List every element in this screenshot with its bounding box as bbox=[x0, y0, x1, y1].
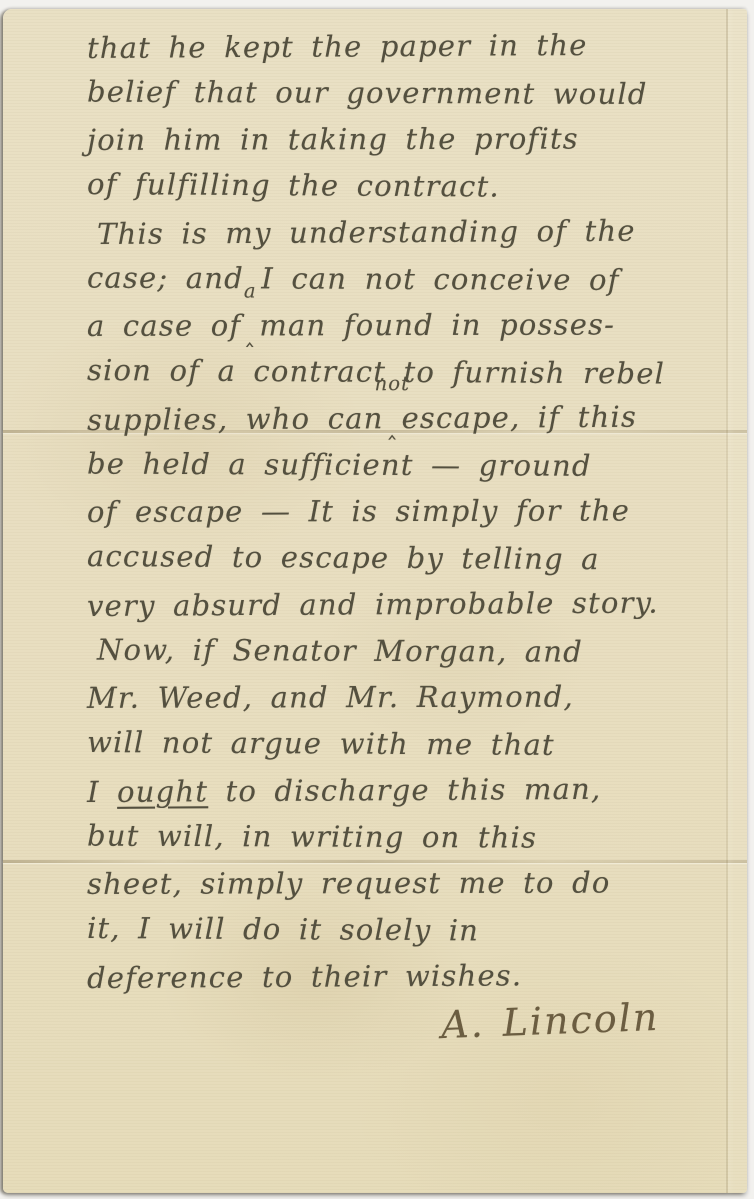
handwritten-line: but will, in writing on this bbox=[87, 812, 747, 861]
line-text: be held a sufficient — ground bbox=[87, 446, 592, 482]
line-text: sheet, simply request me to do bbox=[87, 865, 611, 900]
handwritten-line: be held a sufficient — ground bbox=[87, 440, 747, 489]
underlined-word: ought bbox=[117, 774, 208, 809]
line-text: man found in posses- bbox=[259, 307, 615, 342]
line-text: escape, if this bbox=[401, 400, 637, 435]
handwritten-line: I ought to discharge this man, bbox=[87, 765, 747, 816]
inserted-word: not bbox=[375, 374, 411, 394]
caret-mark: ‸ bbox=[388, 415, 397, 438]
line-text: case; and I can not conceive of bbox=[87, 260, 620, 296]
line-text: This is my understanding of the bbox=[97, 214, 636, 251]
handwritten-line: that he kept the paper in the bbox=[87, 21, 747, 72]
caret-insertion: a‸ bbox=[241, 302, 259, 349]
handwritten-line: join him in taking the profits bbox=[87, 115, 747, 163]
line-text: belief that our government would bbox=[87, 74, 648, 110]
letter-text: that he kept the paper in thebelief that… bbox=[3, 23, 747, 1000]
signature: A. Lincoln bbox=[440, 995, 660, 1047]
handwritten-line: belief that our government would bbox=[87, 68, 747, 117]
handwritten-line: very absurd and improbable story. bbox=[87, 579, 747, 630]
line-text: of escape — It is simply for the bbox=[87, 493, 630, 528]
line-text: of fulfilling the contract. bbox=[87, 166, 500, 203]
caret-insertion: not‸ bbox=[383, 395, 401, 442]
line-text: will not argue with me that bbox=[87, 724, 555, 761]
scan-canvas: { "document_type": "handwritten-letter-s… bbox=[0, 0, 754, 1199]
handwritten-line: Mr. Weed, and Mr. Raymond, bbox=[87, 673, 747, 721]
line-text: Mr. Weed, and Mr. Raymond, bbox=[87, 680, 574, 715]
line-text: Now, if Senator Morgan, and bbox=[97, 632, 583, 668]
handwritten-line: Now, if Senator Morgan, and bbox=[87, 626, 747, 675]
handwritten-line: sion of a contract to furnish rebel bbox=[87, 346, 747, 397]
line-text: I bbox=[87, 775, 117, 809]
line-text: very absurd and improbable story. bbox=[87, 586, 659, 623]
handwritten-line: accused to escape by telling a bbox=[87, 532, 747, 583]
letter-page: that he kept the paper in thebelief that… bbox=[3, 9, 747, 1193]
line-text: accused to escape by telling a bbox=[87, 538, 600, 575]
line-text: but will, in writing on this bbox=[87, 818, 537, 854]
handwritten-line: it, I will do it solely in bbox=[87, 904, 747, 955]
line-text: join him in taking the profits bbox=[87, 122, 579, 157]
handwritten-line: will not argue with me that bbox=[87, 718, 747, 769]
handwritten-line: of escape — It is simply for the bbox=[87, 487, 747, 535]
handwritten-line: supplies, who cannot‸escape, if this bbox=[87, 393, 747, 444]
line-text: deference to their wishes. bbox=[87, 958, 522, 995]
handwritten-line: sheet, simply request me to do bbox=[87, 859, 747, 907]
handwritten-line: of fulfilling the contract. bbox=[87, 160, 747, 211]
inserted-word: a bbox=[244, 282, 257, 302]
handwritten-line: case; and I can not conceive of bbox=[87, 254, 747, 303]
handwritten-line: This is my understanding of the bbox=[87, 207, 747, 258]
line-text: it, I will do it solely in bbox=[87, 910, 479, 946]
line-text: to discharge this man, bbox=[208, 772, 601, 808]
caret-mark: ‸ bbox=[246, 322, 255, 345]
line-text: supplies, who can bbox=[87, 401, 384, 437]
line-text: that he kept the paper in the bbox=[87, 28, 588, 65]
handwritten-line: a case ofa‸man found in posses- bbox=[87, 301, 747, 349]
line-text: a case of bbox=[87, 308, 241, 342]
handwritten-line: deference to their wishes. bbox=[87, 951, 747, 1002]
